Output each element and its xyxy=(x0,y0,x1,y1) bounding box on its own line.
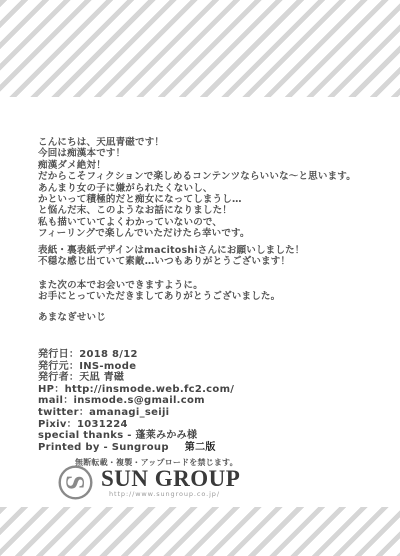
afterword-line: かといって積極的だと痴女になってしまうし… xyxy=(38,194,356,205)
edition-label: 第二版 xyxy=(185,442,216,453)
afterword-greeting-paragraph: こんにちは、天凪青磁です！ 今回は痴漢本です！ 痴漢ダメ絶対！ だからこそフィク… xyxy=(38,137,356,240)
afterword-line: あんまり女の子に嫌がられたくないし、 xyxy=(38,183,356,194)
afterword-line: フィーリングで楽しんでいただけたら幸いです。 xyxy=(38,228,356,239)
mail-line: mail：insmode.s@gmail.com xyxy=(38,395,234,407)
afterword-line: お手にとっていただきましてありがとうございました。 xyxy=(38,291,280,302)
homepage-line: HP：http://insmode.web.fc2.com/ xyxy=(38,384,234,396)
top-stripe-band xyxy=(0,0,400,97)
pixiv-line: Pixiv：1031224 xyxy=(38,419,234,431)
bottom-stripe-band xyxy=(0,507,400,556)
printed-by-text: Printed by - Sungroup xyxy=(38,442,169,453)
printer-name: SUN GROUP xyxy=(101,468,240,490)
sun-group-logo: S SUN GROUP http://www.sungroup.co.jp/ xyxy=(57,464,240,501)
afterword-credits-paragraph: 表紙・裏表紙デザインはmacitoshiさんにお願いしました！ 不穏な感じ出てい… xyxy=(38,245,304,268)
printer-url: http://www.sungroup.co.jp/ xyxy=(101,490,240,498)
special-thanks-line: special thanks - 蓬莱みかみ様 xyxy=(38,430,234,442)
author-line: 発行者：天凪 青磁 xyxy=(38,372,234,384)
s-in-circle-icon: S xyxy=(57,464,94,501)
afterword-line: 痴漢ダメ絶対！ xyxy=(38,160,356,171)
afterword-closing-paragraph: また次の本でお会いできますように。 お手にとっていただきましてありがとうございま… xyxy=(38,280,280,303)
afterword-line: 不穏な感じ出ていて素敵…いつもありがとうございます！ xyxy=(38,256,304,267)
twitter-line: twitter：amanagi_seiji xyxy=(38,407,234,419)
author-signature: あまなぎせいじ xyxy=(38,312,106,323)
publisher-line: 発行元：INS-mode xyxy=(38,361,234,373)
afterword-line: こんにちは、天凪青磁です！ xyxy=(38,137,356,148)
afterword-line: 私も描いていてよくわかっていないので、 xyxy=(38,217,356,228)
colophon-block: 発行日：2018 8/12 発行元：INS-mode 発行者：天凪 青磁 HP：… xyxy=(38,349,234,453)
publish-date-line: 発行日：2018 8/12 xyxy=(38,349,234,361)
afterword-line: 表紙・裏表紙デザインはmacitoshiさんにお願いしました！ xyxy=(38,245,304,256)
afterword-line: 今回は痴漢本です！ xyxy=(38,148,356,159)
logo-text-column: SUN GROUP http://www.sungroup.co.jp/ xyxy=(101,468,240,498)
printed-by-line: Printed by - Sungroup第二版 xyxy=(38,442,234,454)
afterword-line: また次の本でお会いできますように。 xyxy=(38,280,280,291)
svg-text:S: S xyxy=(61,475,90,489)
afterword-line: と悩んだ末、このようなお話になりました！ xyxy=(38,205,356,216)
afterword-line: だからこそフィクションで楽しめるコンテンツならいいな～と思います。 xyxy=(38,171,356,182)
